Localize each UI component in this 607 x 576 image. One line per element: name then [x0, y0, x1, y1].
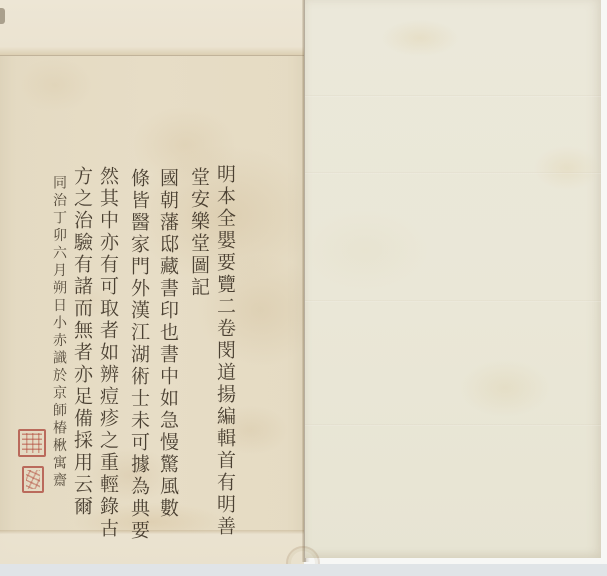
manuscript-scan: 明本全嬰要覽二卷閔道揚編輯首有明善 堂安樂堂圖記 國朝藩邸藏書印也書中如急慢驚風…	[0, 0, 607, 576]
left-page: 明本全嬰要覽二卷閔道揚編輯首有明善 堂安樂堂圖記 國朝藩邸藏書印也書中如急慢驚風…	[0, 0, 304, 566]
bottom-fold	[0, 530, 304, 566]
text-column-4: 條皆醫家門外漢江湖術士未可據為典要	[126, 168, 152, 542]
paper-crease	[305, 95, 601, 97]
text-column-5: 然其中亦有可取者如辨痘疹之重輕錄古	[95, 166, 121, 540]
bottom-matte-band	[0, 564, 607, 576]
right-page	[305, 0, 601, 558]
red-seal-lower-icon	[22, 466, 44, 493]
corner-notch	[0, 8, 5, 24]
paper-crease	[305, 300, 601, 302]
text-column-1: 明本全嬰要覽二卷閔道揚編輯首有明善	[212, 164, 238, 538]
paper-crease	[305, 172, 601, 174]
red-seal-upper-icon	[18, 429, 46, 457]
text-column-3: 國朝藩邸藏書印也書中如急慢驚風數	[155, 168, 181, 520]
text-column-6: 方之治驗有諸而無者亦足備採用云爾	[69, 166, 95, 518]
paper-crease	[305, 424, 601, 426]
top-fold	[0, 0, 304, 56]
text-column-2: 堂安樂堂圖記	[186, 167, 212, 299]
text-column-signature: 同治丁卯六月朔日小赤識於京師椿楸寓齋	[49, 175, 69, 490]
